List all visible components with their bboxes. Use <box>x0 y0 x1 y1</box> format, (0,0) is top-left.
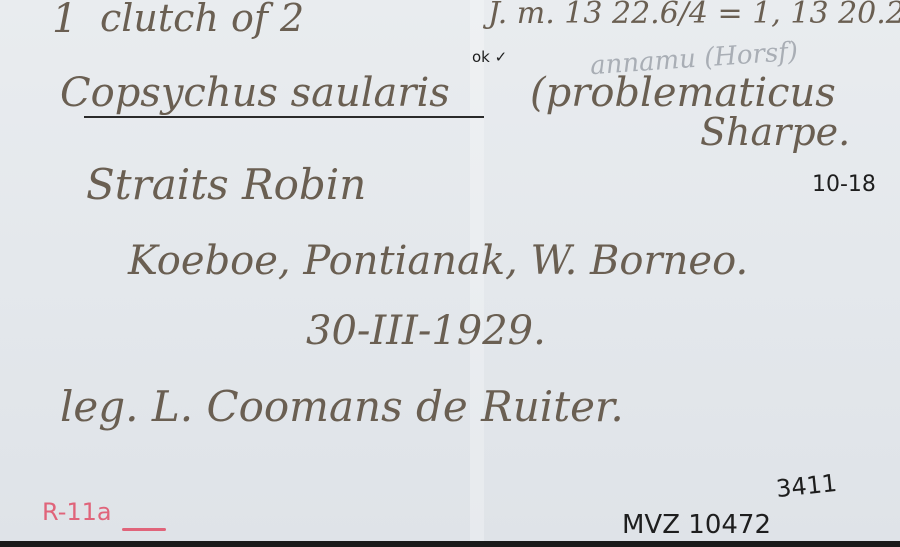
clutch-text: clutch of 2 <box>100 0 304 40</box>
collection-date: 30-III-1929. <box>306 308 546 354</box>
collector: leg. L. Coomans de Ruiter. <box>60 382 624 431</box>
label-edge <box>0 541 900 547</box>
red-code: R-11a <box>42 498 112 526</box>
author-name: Sharpe. <box>700 110 850 154</box>
species-underline <box>84 116 484 118</box>
common-name: Straits Robin <box>86 160 366 209</box>
egg-measurement: J. m. 13 22.6/4 = 1, 13 20.2/4 <box>488 0 900 31</box>
sub-number: 3411 <box>775 469 839 503</box>
locality: Koeboe, Pontianak, W. Borneo. <box>128 238 748 284</box>
date-code: 10-18 <box>812 172 876 197</box>
species-name: Copsychus saularis <box>60 70 450 116</box>
check-note: ok ✓ <box>472 48 507 66</box>
specimen-label: 1 clutch of 2 J. m. 13 22.6/4 = 1, 13 20… <box>0 0 900 541</box>
clutch-count: 1 <box>52 0 77 42</box>
catalog-number: MVZ 10472 <box>622 510 771 540</box>
red-code-underline <box>122 528 166 531</box>
